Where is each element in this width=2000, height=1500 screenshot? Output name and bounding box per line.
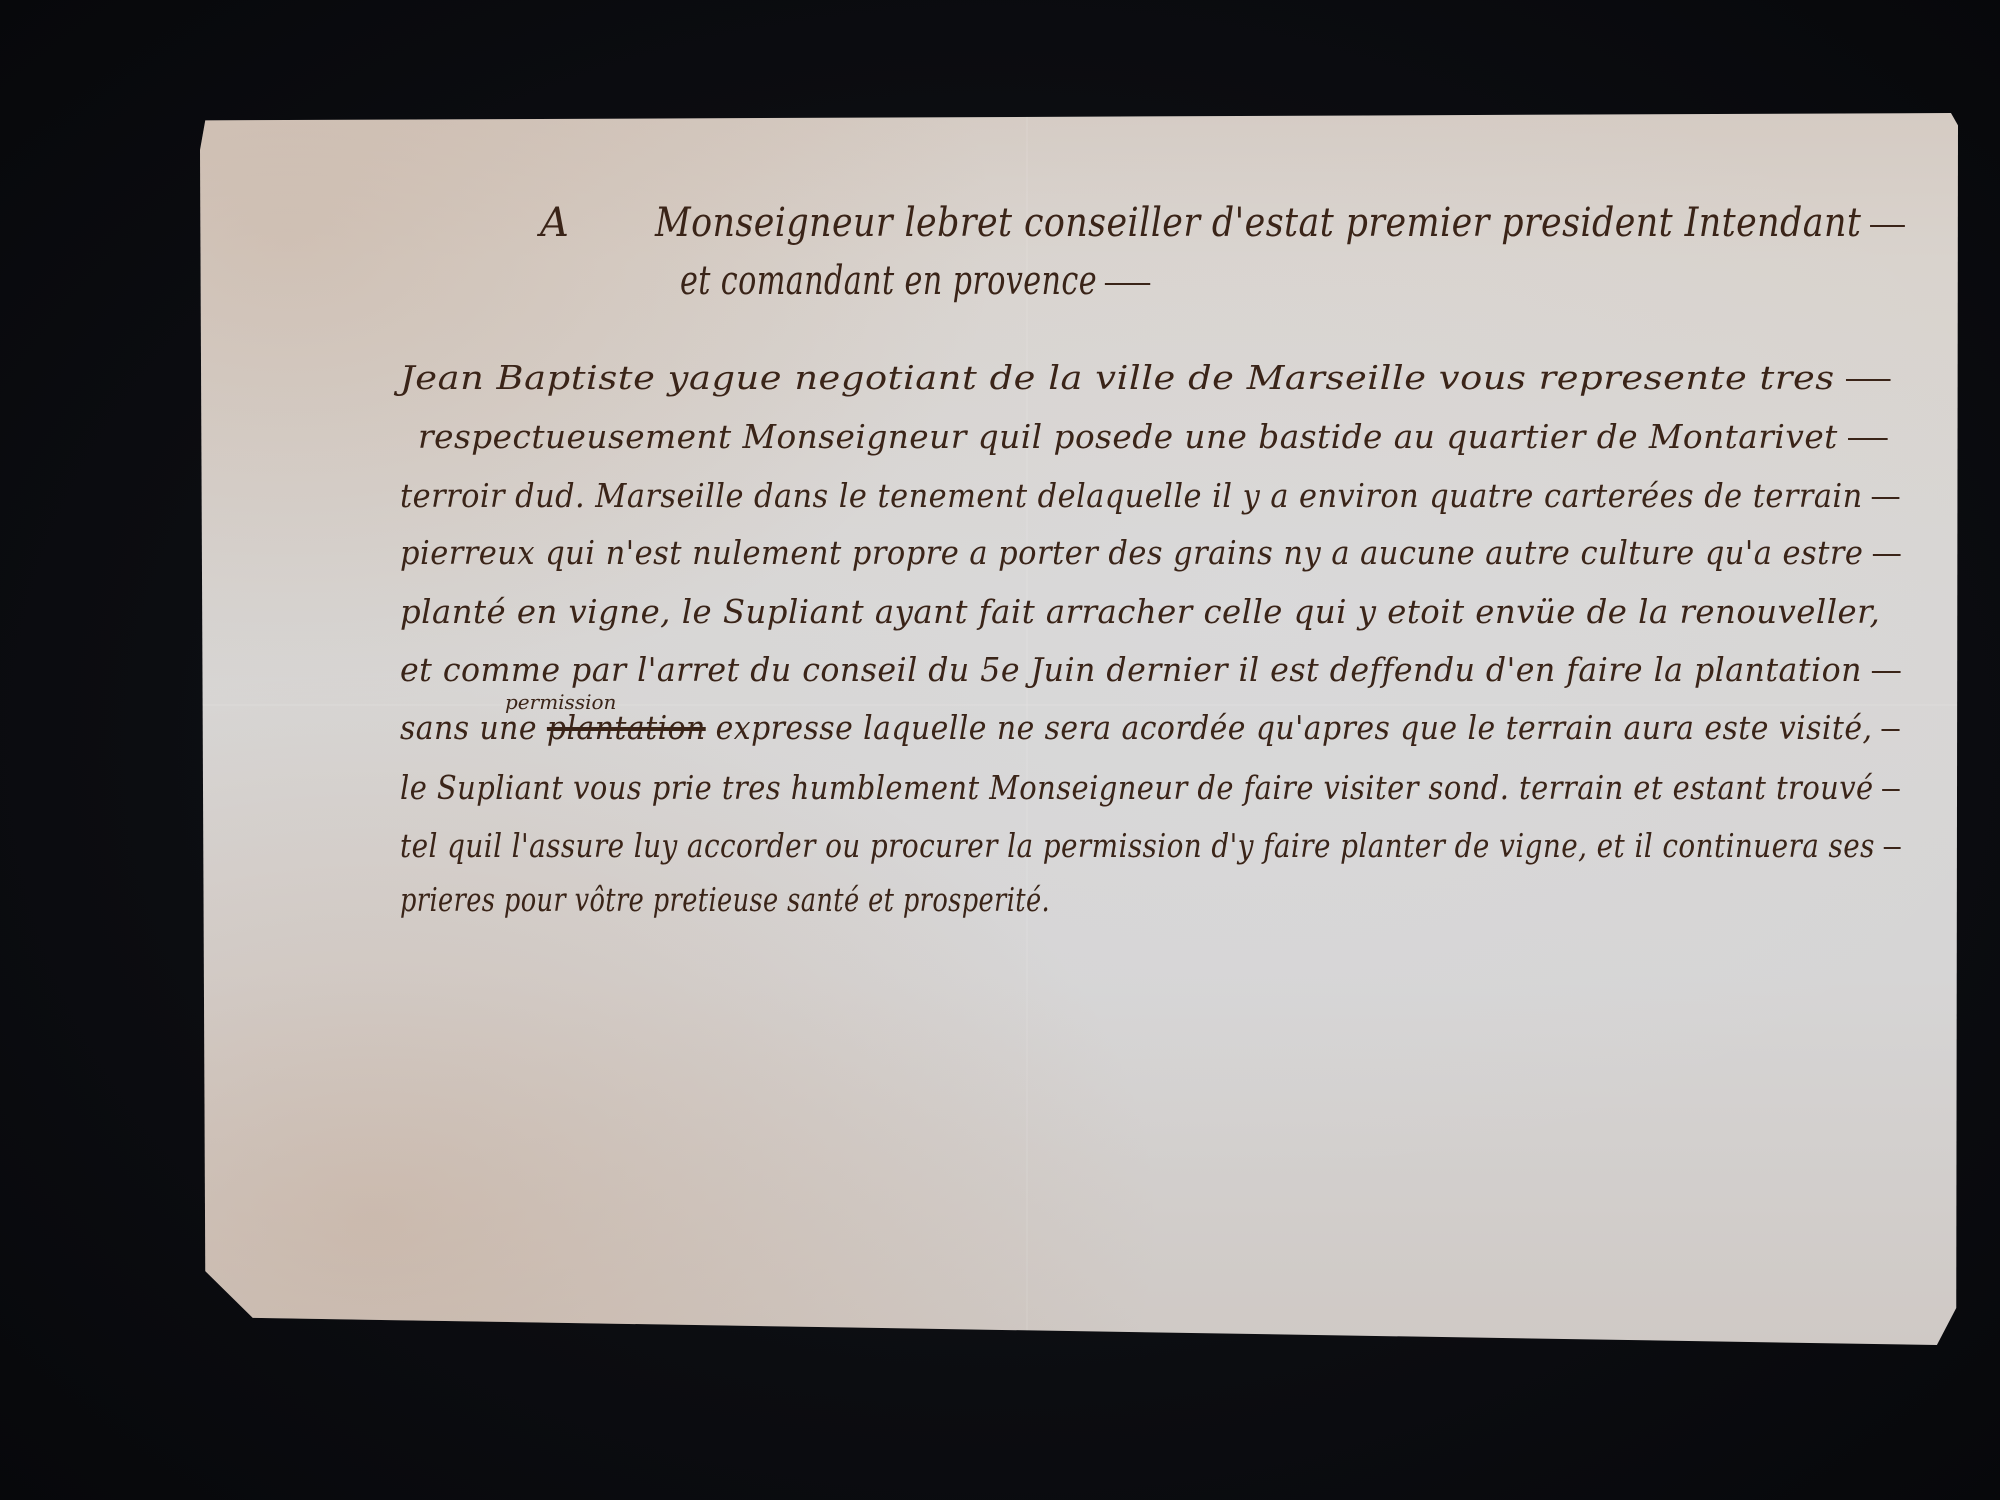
line-end-dash [1872, 497, 1900, 499]
body-line-2-text: respectueusement Monseigneur quil posede… [418, 417, 1838, 456]
body-line-6-text: et comme par l'arret du conseil du 5e Ju… [400, 650, 1862, 689]
address-line-1-text: Monseigneur lebret conseiller d'estat pr… [655, 200, 1861, 246]
body-line-2: respectueusement Monseigneur quil posede… [418, 417, 1887, 456]
body-line-4-text: pierreux qui n'est nulement propre a por… [400, 533, 1863, 572]
body-line-9: tel quil l'assure luy accorder ou procur… [400, 826, 1900, 865]
body-line-8-text: le Supliant vous prie tres humblement Mo… [400, 768, 1874, 807]
address-line-2: et comandant en provence [680, 258, 1150, 304]
body-line-10-text: prieres pour vôtre pretieuse santé et pr… [400, 880, 1050, 919]
body-line-6: et comme par l'arret du conseil du 5e Ju… [400, 650, 1900, 689]
line-end-dash [1871, 671, 1900, 673]
body-line-10: prieres pour vôtre pretieuse santé et pr… [400, 880, 1050, 919]
line-end-dash [1105, 283, 1150, 285]
address-line-1: Monseigneur lebret conseiller d'estat pr… [655, 200, 1905, 246]
body-line-1: Jean Baptiste yague negotiant de la vill… [400, 358, 1890, 397]
body-line-5: planté en vigne, le Supliant ayant fait … [400, 592, 1880, 631]
body-line-8: le Supliant vous prie tres humblement Mo… [400, 768, 1900, 807]
body-line-9-text: tel quil l'assure luy accorder ou procur… [400, 826, 1875, 865]
body-line-4: pierreux qui n'est nulement propre a por… [400, 533, 1900, 572]
line-end-dash [1870, 225, 1905, 227]
salutation: A [540, 200, 569, 246]
line-end-dash [1873, 554, 1901, 556]
body-line-7-start: sans une [400, 708, 537, 747]
line-end-dash [1882, 729, 1900, 731]
struck-word: plantation [547, 708, 706, 747]
address-line-2-text: et comandant en provence [680, 258, 1097, 304]
body-line-7-rest: expresse laquelle ne sera acordée qu'apr… [716, 708, 1873, 747]
line-end-dash [1882, 789, 1900, 791]
body-line-5-text: planté en vigne, le Supliant ayant fait … [400, 592, 1880, 631]
body-line-3: terroir dud. Marseille dans le tenement … [400, 476, 1899, 515]
line-end-dash [1848, 438, 1888, 440]
line-end-dash [1846, 379, 1891, 381]
body-line-3-text: terroir dud. Marseille dans le tenement … [400, 476, 1863, 515]
line-end-dash [1883, 847, 1900, 849]
fold-crease-horizontal [200, 704, 1958, 706]
body-line-7: sans une plantation expresse laquelle ne… [400, 708, 1900, 747]
body-line-1-text: Jean Baptiste yague negotiant de la vill… [400, 358, 1835, 397]
